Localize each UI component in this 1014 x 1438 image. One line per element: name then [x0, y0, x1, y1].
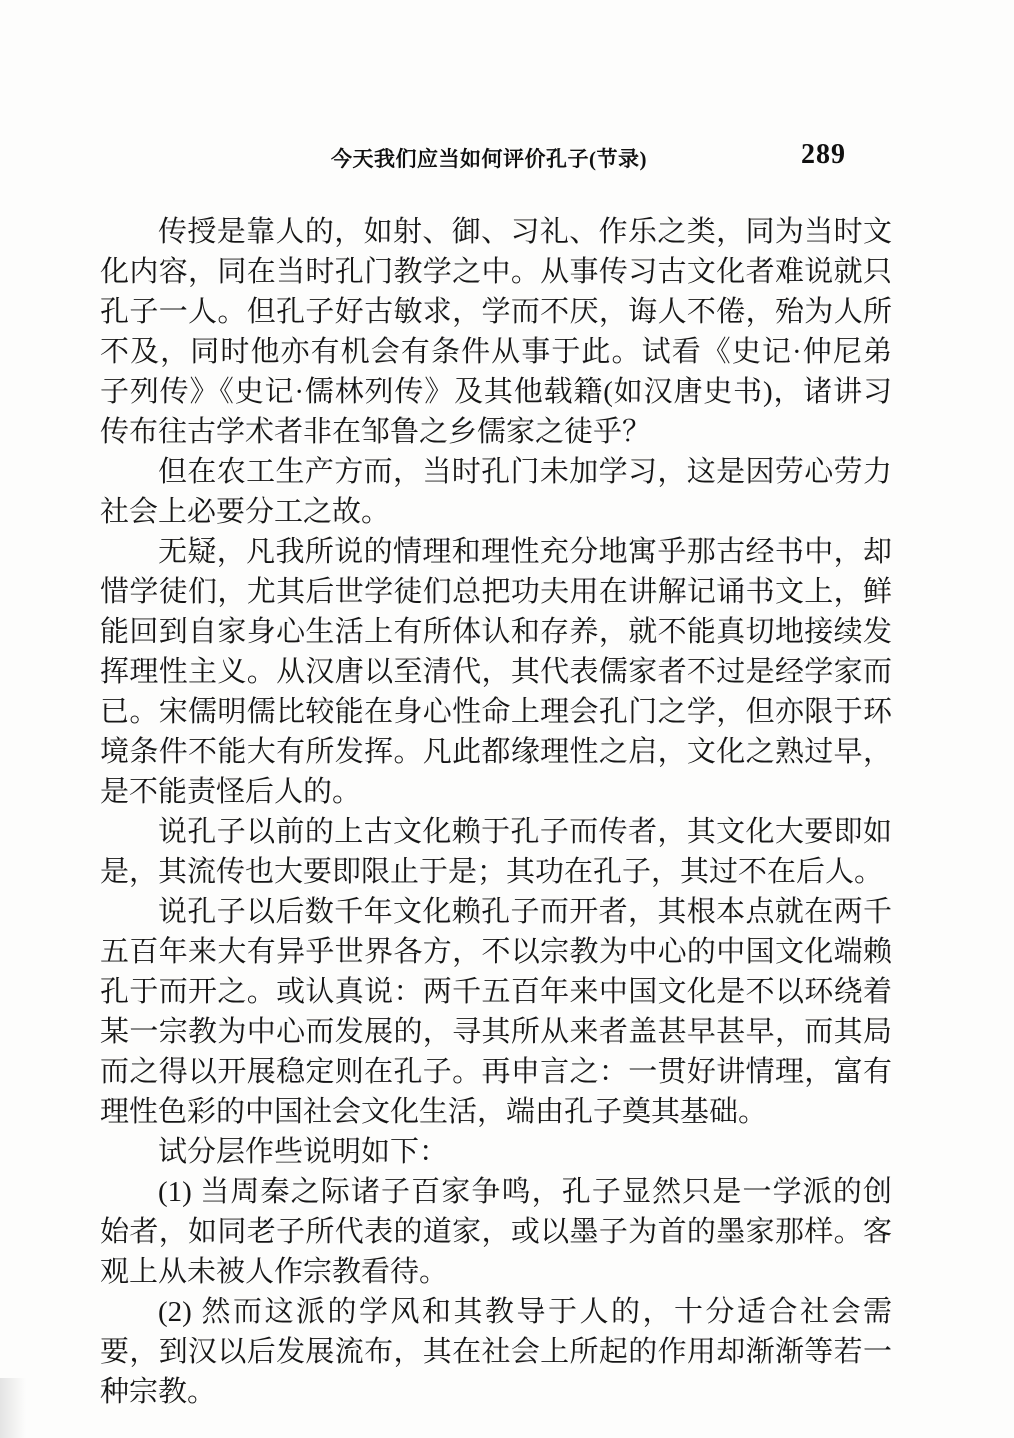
- paragraph: 说孔子以前的上古文化赖于孔子而传者，其文化大要即如是，其流传也大要即限止于是；其…: [100, 812, 892, 892]
- paragraph: 试分层作些说明如下：: [100, 1132, 892, 1172]
- scanned-book-page: 今天我们应当如何评价孔子(节录) 289 传授是靠人的，如射、御、习礼、作乐之类…: [0, 0, 1014, 1438]
- paragraph: 传授是靠人的，如射、御、习礼、作乐之类，同为当时文化内容，同在当时孔门教学之中。…: [100, 212, 892, 452]
- body-text: 传授是靠人的，如射、御、习礼、作乐之类，同为当时文化内容，同在当时孔门教学之中。…: [100, 212, 892, 1412]
- paragraph: 但在农工生产方而，当时孔门未加学习，这是因劳心劳力社会上必要分工之故。: [100, 452, 892, 532]
- paragraph: (1) 当周秦之际诸子百家争鸣，孔子显然只是一学派的创始者，如同老子所代表的道家…: [100, 1172, 892, 1292]
- paragraph: 说孔子以后数千年文化赖孔子而开者，其根本点就在两千五百年来大有异乎世界各方，不以…: [100, 892, 892, 1132]
- scan-edge-artifact: [0, 1378, 26, 1438]
- paragraph: 无疑，凡我所说的情理和理性充分地寓乎那古经书中，却惜学徒们，尤其后世学徒们总把功…: [100, 532, 892, 812]
- page-number: 289: [801, 139, 846, 171]
- running-header: 今天我们应当如何评价孔子(节录) 289: [0, 143, 1014, 173]
- page-title: 今天我们应当如何评价孔子(节录): [331, 143, 647, 173]
- paragraph: (2) 然而这派的学风和其教导于人的，十分适合社会需要，到汉以后发展流布，其在社…: [100, 1292, 892, 1412]
